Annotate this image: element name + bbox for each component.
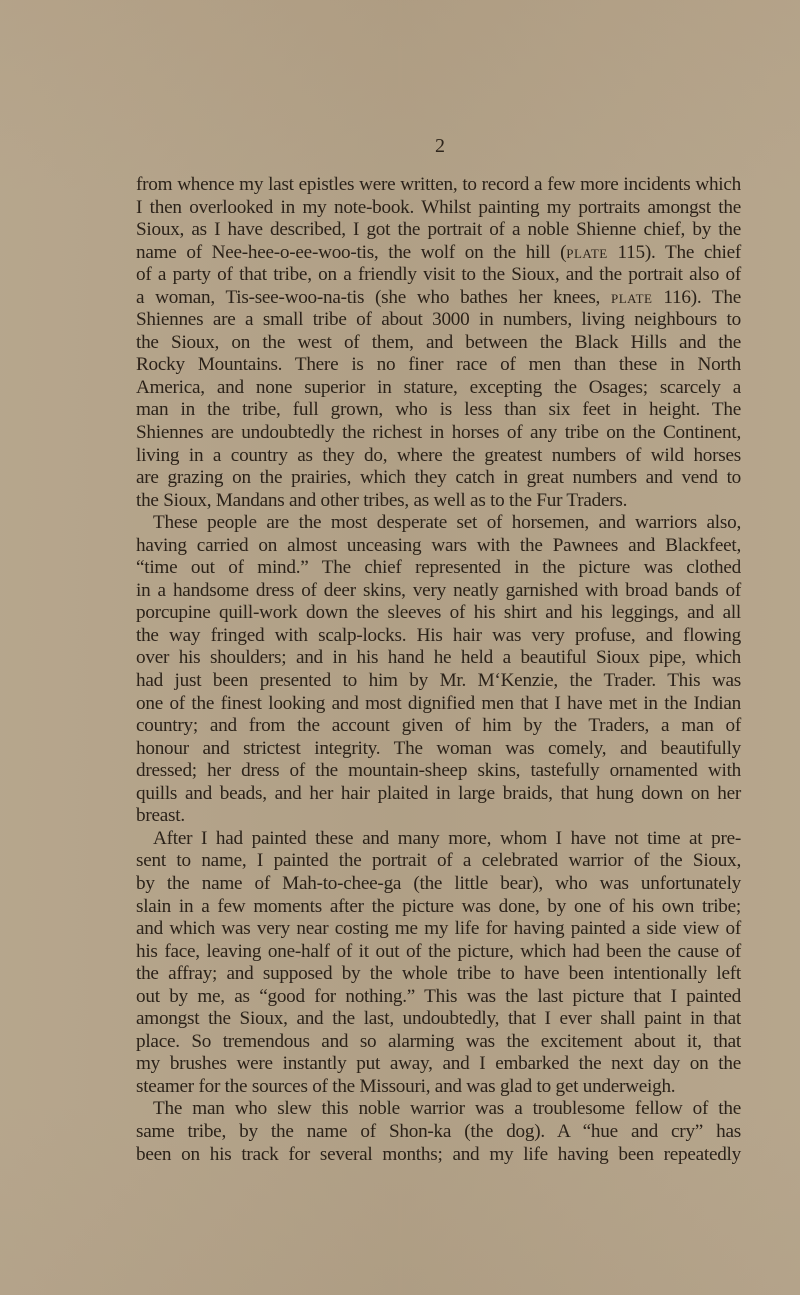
text-line: his face, leaving one-half of it out of … [136,941,741,964]
text-line: in a handsome dress of deer skins, very … [136,580,741,603]
plate-label: plate [611,287,653,308]
text-line: name of Nee-hee-o-ee-woo-tis, the wolf o… [136,242,741,265]
text-line: the way fringed with scalp-locks. His ha… [136,625,741,648]
text-line: Shiennes are undoubtedly the richest in … [136,422,741,445]
text-line: country; and from the account given of h… [136,715,741,738]
text-line: by the name of Mah-to-chee-ga (the littl… [136,873,741,896]
text-line: had just been presented to him by Mr. M‘… [136,670,741,693]
text-line: These people are the most desperate set … [136,512,741,535]
text-line: Rocky Mountains. There is no finer race … [136,354,741,377]
page-number: 2 [0,134,800,158]
text-line: The man who slew this noble warrior was … [136,1098,741,1121]
text-line: place. So tremendous and so alarming was… [136,1031,741,1054]
text-line: honour and strictest integrity. The woma… [136,738,741,761]
text-line: one of the finest looking and most digni… [136,693,741,716]
text-line: the Sioux, on the west of them, and betw… [136,332,741,355]
body-text: from whence my last epistles were writte… [136,174,741,1166]
text-line: “time out of mind.” The chief represente… [136,557,741,580]
text-line: quills and beads, and her hair plaited i… [136,783,741,806]
book-page: 2 from whence my last epistles were writ… [0,0,800,1295]
text-line: the affray; and supposed by the whole tr… [136,963,741,986]
text-line: of a party of that tribe, on a friendly … [136,264,741,287]
text-line: been on his track for several months; an… [136,1144,741,1167]
text-line: Shiennes are a small tribe of about 3000… [136,309,741,332]
text-line: a woman, Tis-see-woo-na-tis (she who bat… [136,287,741,310]
text-line: sent to name, I painted the portrait of … [136,850,741,873]
text-line: from whence my last epistles were writte… [136,174,741,197]
text-line: the Sioux, Mandans and other tribes, as … [136,490,741,513]
text-line: same tribe, by the name of Shon-ka (the … [136,1121,741,1144]
text-line: Sioux, as I have described, I got the po… [136,219,741,242]
paragraph: These people are the most desperate set … [136,512,741,828]
text-line: dressed; her dress of the mountain-sheep… [136,760,741,783]
text-line: amongst the Sioux, and the last, undoubt… [136,1008,741,1031]
text-line: breast. [136,805,741,828]
text-line: porcupine quill-work down the sleeves of… [136,602,741,625]
text-line: America, and none superior in stature, e… [136,377,741,400]
paragraph: from whence my last epistles were writte… [136,174,741,512]
text-line: out by me, as “good for nothing.” This w… [136,986,741,1009]
text-line: slain in a few moments after the picture… [136,896,741,919]
text-line: living in a country as they do, where th… [136,445,741,468]
text-line: and which was very near costing me my li… [136,918,741,941]
text-line: man in the tribe, full grown, who is les… [136,399,741,422]
text-line: After I had painted these and many more,… [136,828,741,851]
text-line: steamer for the sources of the Missouri,… [136,1076,741,1099]
text-line: over his shoulders; and in his hand he h… [136,647,741,670]
paragraph: The man who slew this noble warrior was … [136,1098,741,1166]
text-line: I then overlooked in my note-book. Whils… [136,197,741,220]
text-line: my brushes were instantly put away, and … [136,1053,741,1076]
plate-label: plate [566,242,608,263]
paragraph: After I had painted these and many more,… [136,828,741,1099]
text-line: having carried on almost unceasing wars … [136,535,741,558]
text-line: are grazing on the prairies, which they … [136,467,741,490]
